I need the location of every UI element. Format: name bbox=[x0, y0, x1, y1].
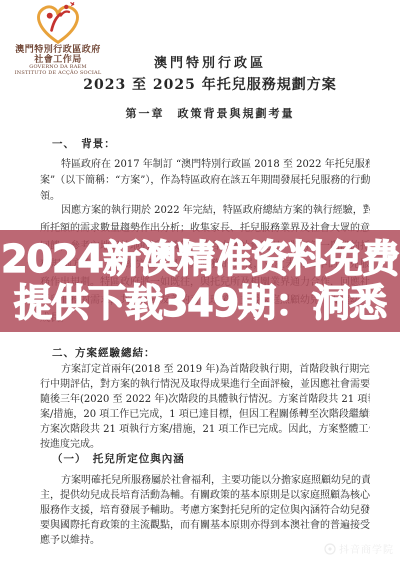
doc-line: 應予以維持。 bbox=[40, 533, 370, 548]
doc-line: 要與國際托育政策的主流觀點，而有關基本原則亦得到本澳社會的普遍接受，故 bbox=[40, 518, 370, 533]
watermark-logo-icon bbox=[324, 543, 336, 555]
document-page: 澳門特別行政區政府 社會工作局 GOVERNO DA RAEM INSTITUT… bbox=[0, 0, 400, 561]
doc-line: 因應方案的執行期於 2022 年完結，特區政府總結方案的執行經驗，對托兒 bbox=[40, 202, 370, 220]
spam-overlay-line-2: 提供下载349期：洞悉 bbox=[14, 281, 386, 325]
doc-line: 方案次階段共 21 項執行方案/措施，21 項工作已完成。因此，方案整體工作已 bbox=[40, 422, 370, 437]
watermark: 抖音商学院 bbox=[324, 541, 394, 556]
doc-line: 行中期評估，對方案的執行情況及取得成果進行全面評檢，並因應社會需要調整 bbox=[40, 377, 370, 392]
subsection-1-heading: （一） 托兒所定位與內涵 bbox=[52, 452, 185, 466]
chapter-heading: 第一章 政策背景與規劃考量 bbox=[40, 105, 380, 121]
doc-line: 服務作支援，培育發展予輔助。考慮方案對托兒所的定位與內涵符合幼兒發展需 bbox=[40, 503, 370, 518]
doc-line: 按進度完成。 bbox=[40, 437, 370, 452]
doc-line: 案/措施，20 項工作已完成，1 項已達目標，但因工程關係轉至次階段繼續執行； bbox=[40, 407, 370, 422]
doc-title-block: 澳門特別行政區 2023 至 2025 年托兒服務規劃方案 bbox=[40, 52, 380, 94]
spam-overlay-banner: 2024新澳精准资料免费 提供下载349期：洞悉 bbox=[0, 230, 400, 332]
doc-line: 方案明確托兒所服務屬於社會福利，主要功能以分擔家庭照顧幼兒的責任為 bbox=[40, 473, 370, 488]
heart-logo-icon bbox=[30, 0, 86, 46]
paragraph-3: 方案訂定首兩年(2018 至 2019 年)為首階段執行期，首階段執行期完結後進… bbox=[40, 362, 370, 452]
doc-line: 特區政府在 2017 年制訂 “澳門特別行政區 2018 至 2022 年托兒服… bbox=[40, 157, 370, 173]
section-1-heading: 一、 背景： bbox=[52, 137, 116, 151]
section-2-heading: 二、方案經驗總結： bbox=[52, 346, 156, 360]
doc-line: 隨後三年(2020 至 2022 年)次階段的具體執行情況。方案首階段共 21 … bbox=[40, 392, 370, 407]
doc-line: 案”（以下簡稱：“方案”），作為特區政府在該五年期間發展托兒服務的行動綱 bbox=[40, 173, 370, 189]
watermark-text: 抖音商学院 bbox=[339, 541, 394, 556]
doc-line: 方案訂定首兩年(2018 至 2019 年)為首階段執行期，首階段執行期完結後進 bbox=[40, 362, 370, 377]
paragraph-1: 特區政府在 2017 年制訂 “澳門特別行政區 2018 至 2022 年托兒服… bbox=[40, 157, 370, 205]
spam-overlay-line-1: 2024新澳精准资料免费 bbox=[1, 237, 399, 281]
doc-title-plan: 2023 至 2025 年托兒服務規劃方案 bbox=[40, 74, 380, 94]
doc-line: 主，提供幼兒成長培育活動為輔。有關政策的基本原則是以家庭照顧為核心、托兒 bbox=[40, 488, 370, 503]
doc-title-region: 澳門特別行政區 bbox=[40, 52, 380, 71]
paragraph-4: 方案明確托兒所服務屬於社會福利，主要功能以分擔家庭照顧幼兒的責任為 主，提供幼兒… bbox=[40, 473, 370, 548]
